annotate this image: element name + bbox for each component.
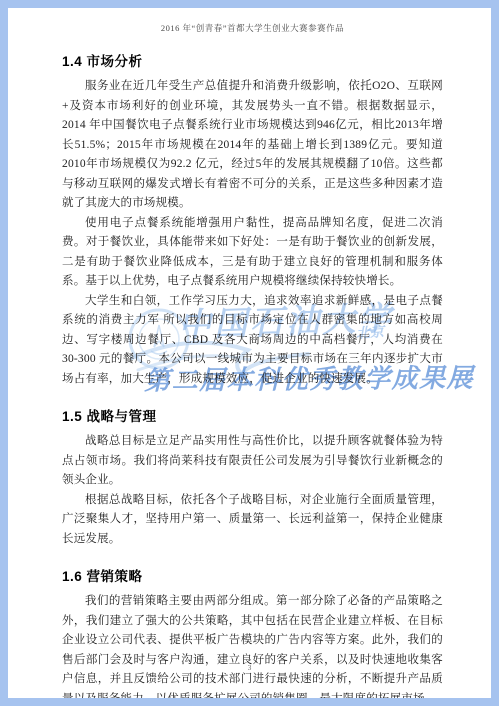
document-running-header: 2016 年“创青春”首都大学生创业大赛参赛作品 (62, 22, 443, 34)
page-number: 3 (8, 663, 491, 672)
paragraph: 大学生和白领，工作学习压力大，追求效率追求新鲜感，是电子点餐系统的消费主力军 所… (62, 292, 443, 390)
paragraph: 使用电子点餐系统能增强用户黏性，提高品牌知名度，促进二次消费。对于餐饮业，具体能… (62, 214, 443, 292)
section-heading-strategy-management: 1.5 战略与管理 (62, 405, 443, 425)
document-page: 中国石油大学 北京 第二届本科优秀教学成果展 2016 年“创青春”首都大学生创… (8, 8, 491, 698)
section-heading-market-analysis: 1.4 市场分析 (62, 50, 443, 70)
section-heading-marketing-strategy: 1.6 营销策略 (62, 565, 443, 585)
page-frame: 中国石油大学 北京 第二届本科优秀教学成果展 2016 年“创青春”首都大学生创… (0, 0, 499, 706)
paragraph: 根据总战略目标，依托各个子战略目标，对企业施行全面质量管理，广泛聚集人才，坚持用… (62, 491, 443, 550)
paragraph: 战略总目标是立足产品实用性与高性价比，以提升顾客就餐体验为特点占领市场。我们将尚… (62, 432, 443, 491)
paragraph: 服务业在近几年受生产总值提升和消费升级影响，依托O2O、互联网+及资本市场利好的… (62, 77, 443, 214)
paragraph: 我们的营销策略主要由两部分组成。第一部分除了必备的产品策略之外，我们建立了强大的… (62, 592, 443, 698)
document-content: 1.4 市场分析 服务业在近几年受生产总值提升和消费升级影响，依托O2O、互联网… (62, 50, 443, 698)
